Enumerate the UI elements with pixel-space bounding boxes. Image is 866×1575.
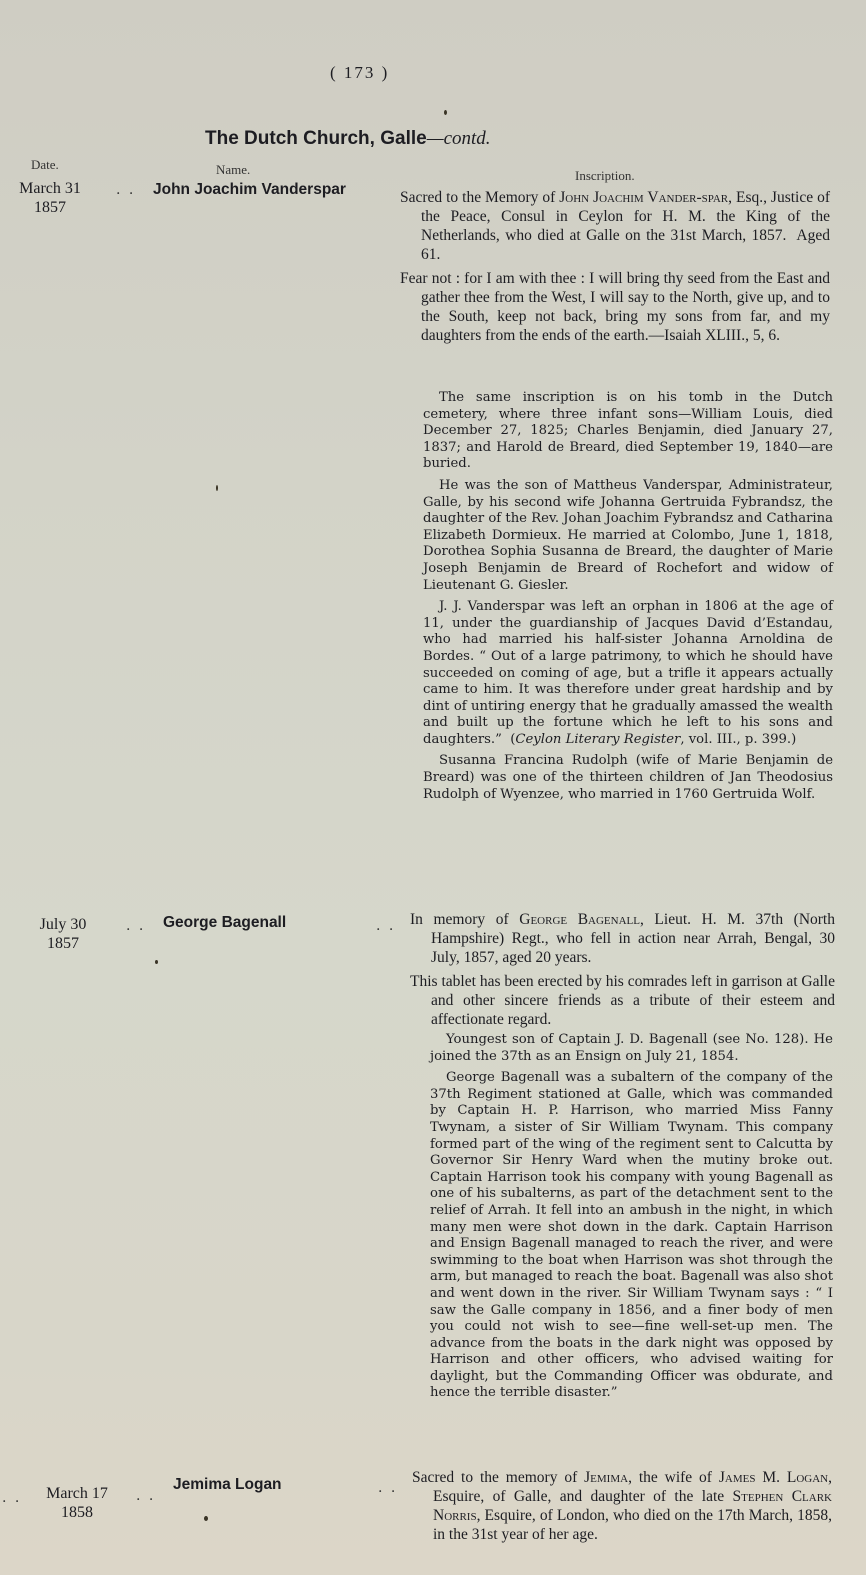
inscription-paragraph: This tablet has been erected by his comr… [410, 972, 835, 1029]
entry-name: Jemima Logan [173, 1476, 282, 1494]
entry-date-year: 1857 [18, 934, 108, 953]
leader-dots: . . [136, 1488, 155, 1504]
leader-dots: . . [2, 1490, 21, 1506]
entry-inscription: Sacred to the memory of Jemima, the wife… [412, 1468, 832, 1549]
leader-dots: . . [378, 1480, 397, 1496]
column-header-name: Name. [216, 162, 250, 178]
note-paragraph: George Bagenall was a subaltern of the c… [430, 1070, 833, 1402]
entry-inscription: Sacred to the Memory of John Joachim Van… [400, 188, 830, 350]
column-header-inscription: Inscription. [575, 168, 635, 184]
section-title: The Dutch Church, Galle—contd. [205, 128, 491, 150]
book-page: ( 173 ) The Dutch Church, Galle—contd. D… [0, 0, 866, 1575]
note-paragraph: He was the son of Mattheus Vanderspar, A… [423, 478, 833, 594]
entry-date: March 31 1857 [5, 179, 95, 217]
note-paragraph: The same inscription is on his tomb in t… [423, 390, 833, 473]
inscription-paragraph: Sacred to the Memory of John Joachim Van… [400, 188, 830, 264]
entry-notes: Youngest son of Captain J. D. Bagenall (… [430, 1032, 833, 1407]
entry-date-year: 1858 [32, 1503, 122, 1522]
note-paragraph: J. J. Vanderspar was left an orphan in 1… [423, 599, 833, 748]
entry-inscription: In memory of George Bagenall, Lieut. H. … [410, 910, 835, 1034]
paper-speck [444, 110, 447, 115]
entry-date: July 30 1857 [18, 915, 108, 953]
paper-speck [216, 485, 218, 491]
entry-name: George Bagenall [163, 914, 286, 932]
entry-date-day: March 31 [5, 179, 95, 198]
entry-date-day: March 17 [32, 1484, 122, 1503]
note-paragraph: Susanna Francina Rudolph (wife of Marie … [423, 753, 833, 803]
paper-speck [204, 1516, 208, 1521]
inscription-paragraph: Fear not : for I am with thee : I will b… [400, 269, 830, 345]
section-title-suffix: —contd. [427, 128, 491, 149]
entry-date: March 17 1858 [32, 1484, 122, 1522]
citation-title: Ceylon Literary Register [515, 732, 680, 747]
column-header-date: Date. [31, 157, 59, 173]
entry-notes: The same inscription is on his tomb in t… [423, 390, 833, 808]
inscription-paragraph: Sacred to the memory of Jemima, the wife… [412, 1468, 832, 1544]
entry-date-day: July 30 [18, 915, 108, 934]
leader-dots: . . [116, 182, 135, 198]
page-number: ( 173 ) [330, 63, 389, 83]
note-paragraph: Youngest son of Captain J. D. Bagenall (… [430, 1032, 833, 1065]
entry-date-year: 1857 [5, 198, 95, 217]
paper-speck [155, 960, 158, 964]
leader-dots: . . [376, 918, 395, 934]
section-title-main: The Dutch Church, Galle [205, 128, 427, 149]
leader-dots: . . [126, 918, 145, 934]
inscription-paragraph: In memory of George Bagenall, Lieut. H. … [410, 910, 835, 967]
entry-name: John Joachim Vanderspar [153, 181, 346, 199]
